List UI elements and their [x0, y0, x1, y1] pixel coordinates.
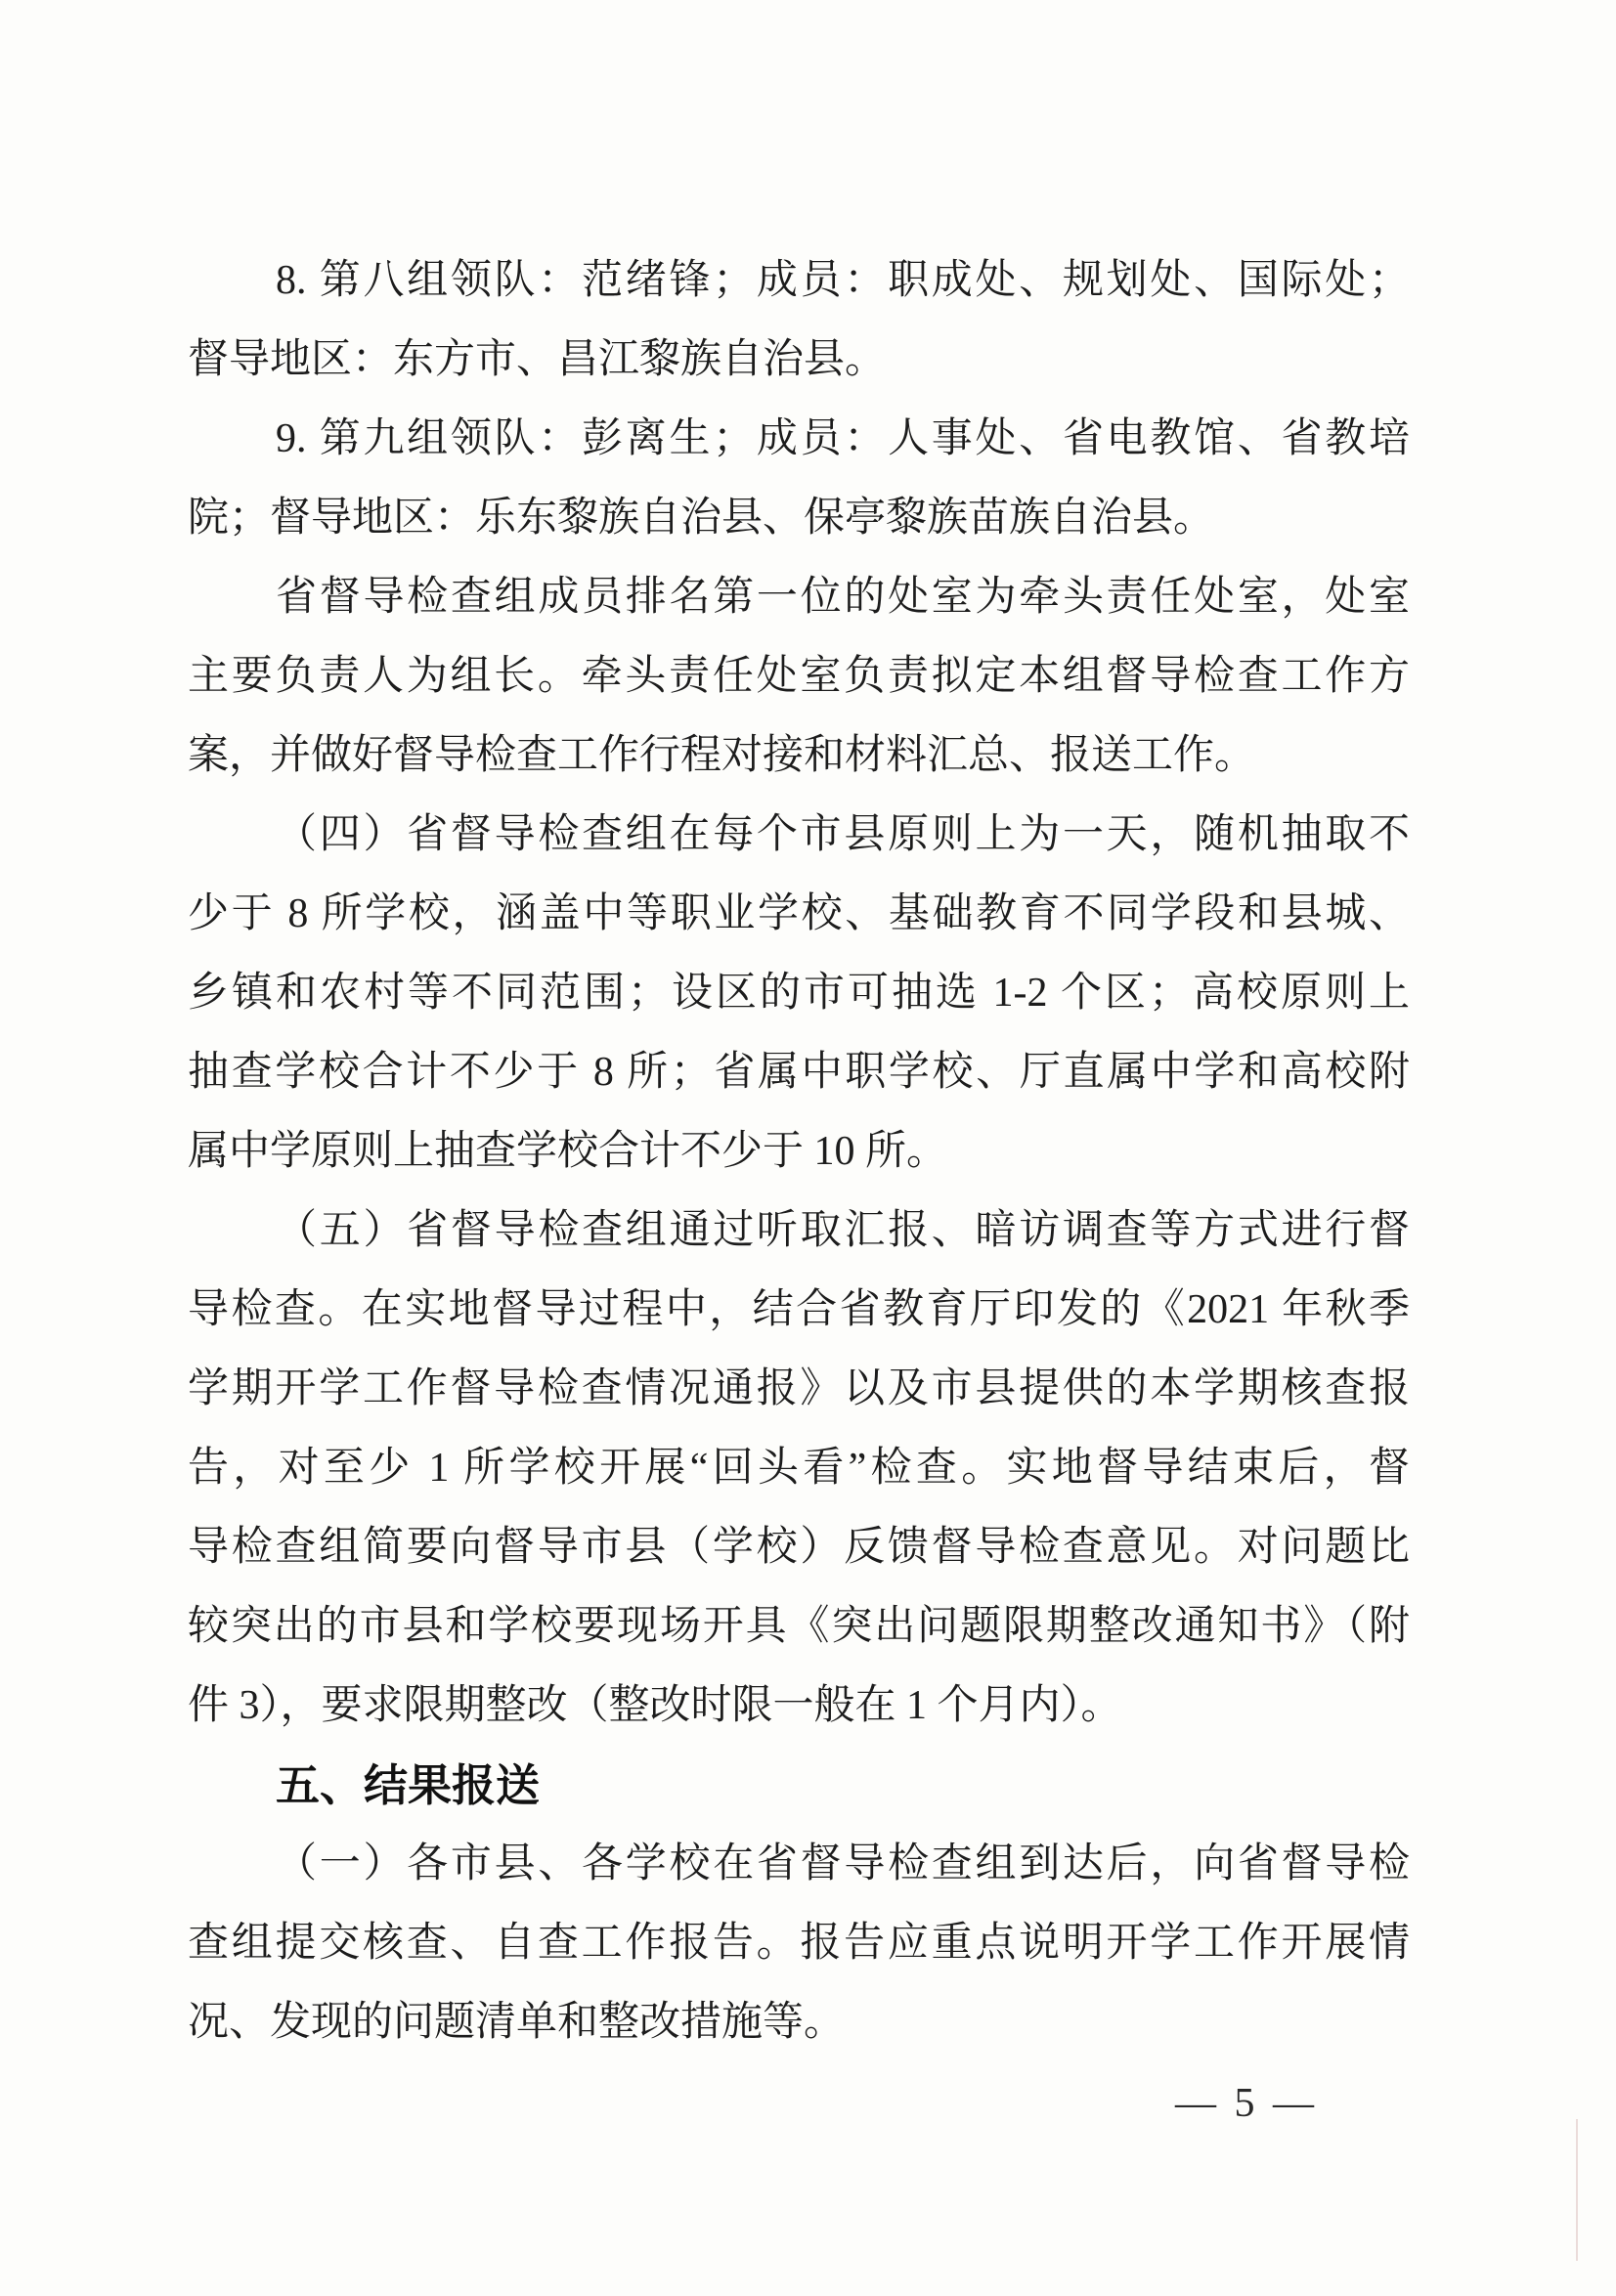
text-line: 件 3），要求限期整改（整改时限一般在 1 个月内）。 — [188, 1667, 1410, 1746]
text-line: 导检查。在实地督导过程中，结合省教育厅印发的《2021 年秋季 — [188, 1271, 1410, 1350]
text-line: （一）各市县、各学校在省督导检查组到达后，向省督导检 — [188, 1825, 1410, 1904]
text-line: 况、发现的问题清单和整改措施等。 — [188, 1983, 1410, 2062]
text-line: 较突出的市县和学校要现场开具《突出问题限期整改通知书》（附 — [188, 1587, 1410, 1667]
document-page: 8. 第八组领队：范绪锋；成员：职成处、规划处、国际处；督导地区：东方市、昌江黎… — [0, 0, 1616, 2296]
document-body: 8. 第八组领队：范绪锋；成员：职成处、规划处、国际处；督导地区：东方市、昌江黎… — [188, 241, 1410, 2062]
text-line: （五）省督导检查组通过听取汇报、暗访调查等方式进行督 — [188, 1191, 1410, 1271]
text-line: 8. 第八组领队：范绪锋；成员：职成处、规划处、国际处； — [188, 241, 1410, 321]
section-heading: 五、结果报送 — [188, 1746, 1410, 1825]
page-number: — 5 — — [1154, 2074, 1339, 2133]
text-line: 乡镇和农村等不同范围；设区的市可抽选 1-2 个区；高校原则上 — [188, 954, 1410, 1033]
text-line: 告，对至少 1 所学校开展“回头看”检查。实地督导结束后，督 — [188, 1429, 1410, 1508]
text-line: 抽查学校合计不少于 8 所；省属中职学校、厅直属中学和高校附 — [188, 1033, 1410, 1112]
text-line: 学期开学工作督导检查情况通报》以及市县提供的本学期核查报 — [188, 1350, 1410, 1429]
scan-artifact-line — [1576, 2119, 1578, 2261]
text-line: 主要负责人为组长。牵头责任处室负责拟定本组督导检查工作方 — [188, 637, 1410, 716]
text-line: 案，并做好督导检查工作行程对接和材料汇总、报送工作。 — [188, 716, 1410, 796]
text-line: 督导地区：东方市、昌江黎族自治县。 — [188, 321, 1410, 400]
text-line: 少于 8 所学校，涵盖中等职业学校、基础教育不同学段和县城、 — [188, 875, 1410, 954]
text-line: （四）省督导检查组在每个市县原则上为一天，随机抽取不 — [188, 796, 1410, 875]
text-line: 属中学原则上抽查学校合计不少于 10 所。 — [188, 1112, 1410, 1191]
text-line: 院；督导地区：乐东黎族自治县、保亭黎族苗族自治县。 — [188, 479, 1410, 558]
text-line: 9. 第九组领队：彭离生；成员：人事处、省电教馆、省教培 — [188, 400, 1410, 479]
text-line: 查组提交核查、自查工作报告。报告应重点说明开学工作开展情 — [188, 1904, 1410, 1983]
text-line: 导检查组简要向督导市县（学校）反馈督导检查意见。对问题比 — [188, 1508, 1410, 1587]
text-line: 省督导检查组成员排名第一位的处室为牵头责任处室，处室 — [188, 558, 1410, 637]
